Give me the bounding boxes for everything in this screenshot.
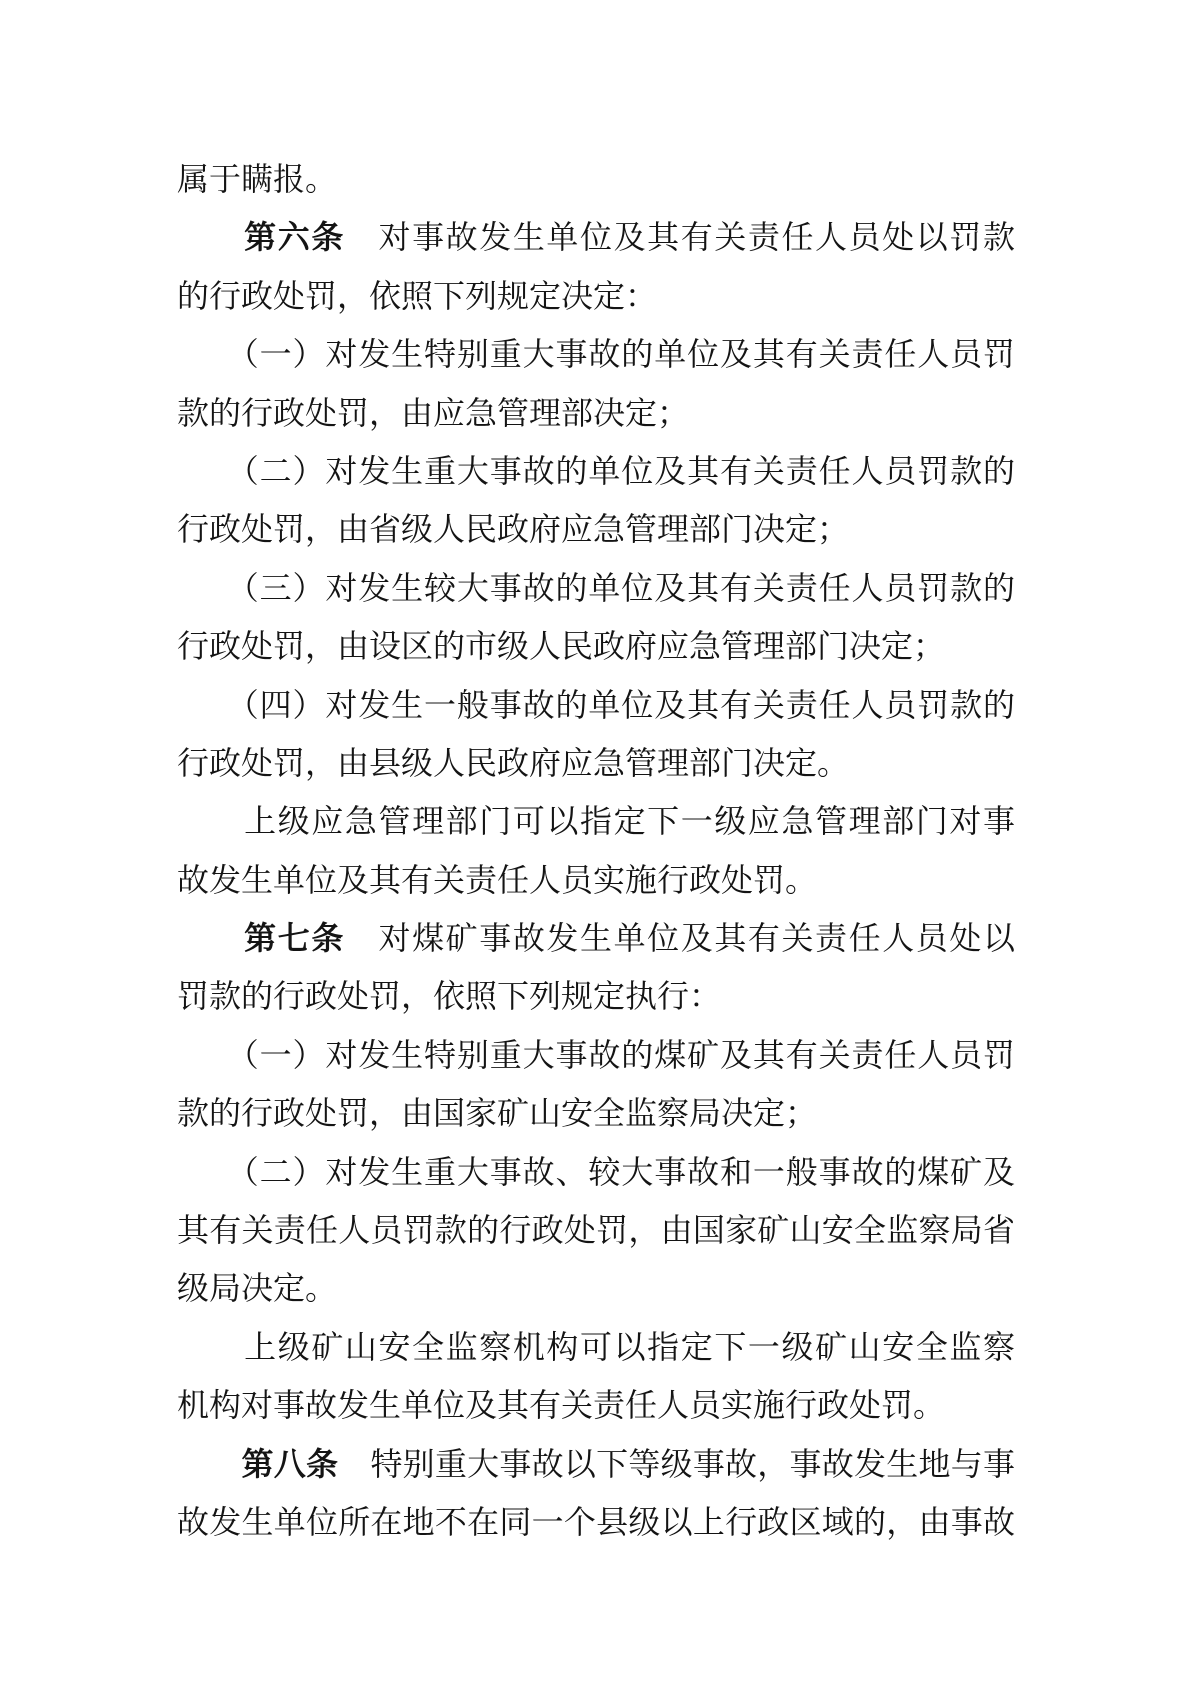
text-run: 的行政处罚，依照下列规定决定： — [177, 278, 657, 314]
text-run: 上级应急管理部门可以指定下一级应急管理部门对事 — [177, 803, 1015, 839]
text-run: 其有关责任人员罚款的行政处罚，由国家矿山安全监察局省 — [177, 1212, 1015, 1248]
document-line: 上级矿山安全监察机构可以指定下一级矿山安全监察 — [177, 1318, 1015, 1376]
article-number: 第六条 — [244, 219, 345, 255]
text-run — [177, 219, 244, 255]
text-run: 款的行政处罚，由国家矿山安全监察局决定； — [177, 1095, 817, 1131]
text-run — [177, 920, 244, 956]
document-line: （一）对发生特别重大事故的单位及其有关责任人员罚 — [177, 325, 1015, 383]
document-line: 故发生单位及其有关责任人员实施行政处罚。 — [177, 851, 1015, 909]
document-line: 罚款的行政处罚，依照下列规定执行： — [177, 967, 1015, 1025]
text-run — [177, 1446, 241, 1482]
text-run: 对事故发生单位及其有关责任人员处以罚款 — [345, 219, 1015, 255]
document-line: 行政处罚，由县级人民政府应急管理部门决定。 — [177, 734, 1015, 792]
document-line: 上级应急管理部门可以指定下一级应急管理部门对事 — [177, 792, 1015, 850]
document-line: 级局决定。 — [177, 1259, 1015, 1317]
text-run: 罚款的行政处罚，依照下列规定执行： — [177, 978, 721, 1014]
text-run: （一）对发生特别重大事故的单位及其有关责任人员罚 — [177, 336, 1015, 372]
text-run: 行政处罚，由设区的市级人民政府应急管理部门决定； — [177, 628, 945, 664]
document-line: （二）对发生重大事故的单位及其有关责任人员罚款的 — [177, 442, 1015, 500]
text-run: 机构对事故发生单位及其有关责任人员实施行政处罚。 — [177, 1387, 945, 1423]
document-text: 属于瞒报。 第六条 对事故发生单位及其有关责任人员处以罚款的行政处罚，依照下列规… — [177, 150, 1015, 1551]
document-line: 行政处罚，由省级人民政府应急管理部门决定； — [177, 500, 1015, 558]
text-run: 特别重大事故以下等级事故，事故发生地与事 — [338, 1446, 1015, 1482]
text-run: （二）对发生重大事故、较大事故和一般事故的煤矿及 — [177, 1154, 1015, 1190]
text-run: （二）对发生重大事故的单位及其有关责任人员罚款的 — [177, 453, 1015, 489]
text-run: （一）对发生特别重大事故的煤矿及其有关责任人员罚 — [177, 1037, 1015, 1073]
text-run: 级局决定。 — [177, 1270, 337, 1306]
text-run: 故发生单位所在地不在同一个县级以上行政区域的，由事故 — [177, 1504, 1015, 1540]
document-line: 第六条 对事故发生单位及其有关责任人员处以罚款 — [177, 208, 1015, 266]
article-number: 第八条 — [241, 1446, 338, 1482]
text-run: 行政处罚，由省级人民政府应急管理部门决定； — [177, 511, 849, 547]
text-run: （四）对发生一般事故的单位及其有关责任人员罚款的 — [177, 687, 1015, 723]
document-page: 属于瞒报。 第六条 对事故发生单位及其有关责任人员处以罚款的行政处罚，依照下列规… — [0, 0, 1190, 1683]
text-run: 上级矿山安全监察机构可以指定下一级矿山安全监察 — [177, 1329, 1015, 1365]
document-line: 故发生单位所在地不在同一个县级以上行政区域的，由事故 — [177, 1493, 1015, 1551]
document-line: 款的行政处罚，由国家矿山安全监察局决定； — [177, 1084, 1015, 1142]
document-line: （三）对发生较大事故的单位及其有关责任人员罚款的 — [177, 559, 1015, 617]
text-run: 款的行政处罚，由应急管理部决定； — [177, 395, 689, 431]
text-run: 属于瞒报。 — [177, 161, 337, 197]
article-number: 第七条 — [244, 920, 345, 956]
document-line: 第八条 特别重大事故以下等级事故，事故发生地与事 — [177, 1435, 1015, 1493]
document-line: 属于瞒报。 — [177, 150, 1015, 208]
document-line: 第七条 对煤矿事故发生单位及其有关责任人员处以 — [177, 909, 1015, 967]
text-run: 故发生单位及其有关责任人员实施行政处罚。 — [177, 862, 817, 898]
text-run: 行政处罚，由县级人民政府应急管理部门决定。 — [177, 745, 849, 781]
document-line: 机构对事故发生单位及其有关责任人员实施行政处罚。 — [177, 1376, 1015, 1434]
document-line: 行政处罚，由设区的市级人民政府应急管理部门决定； — [177, 617, 1015, 675]
text-run: 对煤矿事故发生单位及其有关责任人员处以 — [345, 920, 1015, 956]
document-line: （二）对发生重大事故、较大事故和一般事故的煤矿及 — [177, 1143, 1015, 1201]
text-run: （三）对发生较大事故的单位及其有关责任人员罚款的 — [177, 570, 1015, 606]
document-line: 其有关责任人员罚款的行政处罚，由国家矿山安全监察局省 — [177, 1201, 1015, 1259]
document-line: 的行政处罚，依照下列规定决定： — [177, 267, 1015, 325]
document-line: 款的行政处罚，由应急管理部决定； — [177, 384, 1015, 442]
document-line: （一）对发生特别重大事故的煤矿及其有关责任人员罚 — [177, 1026, 1015, 1084]
document-line: （四）对发生一般事故的单位及其有关责任人员罚款的 — [177, 676, 1015, 734]
